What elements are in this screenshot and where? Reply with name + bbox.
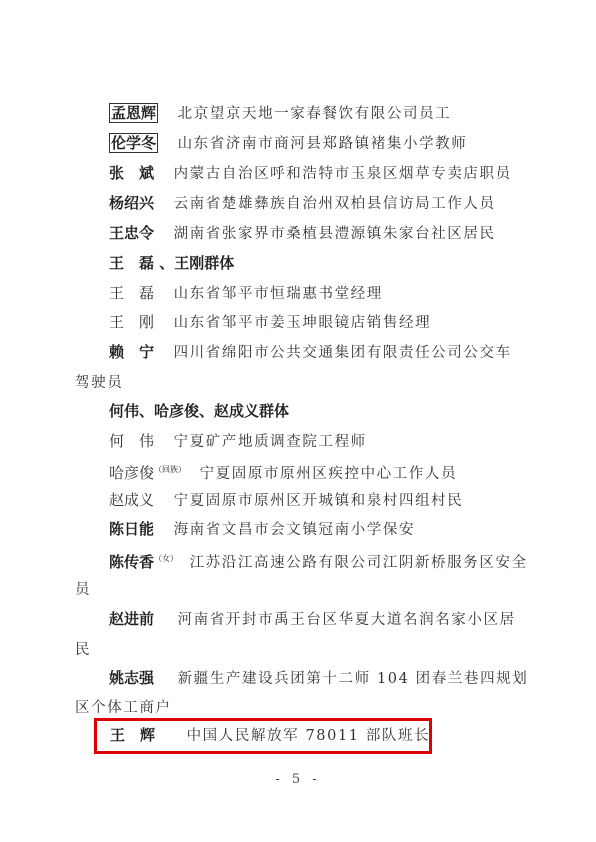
entry: 杨绍兴 云南省楚雄彝族自治州双柏县信访局工作人员 <box>109 193 496 214</box>
group-title: 王 磊 、王刚群体 <box>109 254 234 272</box>
entry-name: 何 伟 <box>109 432 154 450</box>
entry: 赖 宁 四川省绵阳市公共交通集团有限责任公司公交车 <box>109 342 512 363</box>
entry: 王 刚 山东省邹平市姜玉坤眼镜店销售经理 <box>109 312 431 333</box>
entry: 哈彦俊（回族） 宁夏固原市原州区疾控中心工作人员 <box>109 460 457 484</box>
entry-name: 张 斌 <box>109 164 154 182</box>
entry-continuation: 员 <box>75 579 91 600</box>
entry-desc: 云南省楚雄彝族自治州双柏县信访局工作人员 <box>174 196 496 212</box>
entry-desc: 中国人民解放军 78011 部队班长 <box>187 728 431 744</box>
entry-desc: 四川省绵阳市公共交通集团有限责任公司公交车 <box>174 345 512 361</box>
entry-name: 姚志强 <box>109 669 154 687</box>
entry: 何 伟 宁夏矿产地质调查院工程师 <box>109 431 367 452</box>
group-heading: 王 磊 、王刚群体 <box>109 253 234 273</box>
entry-desc: 内蒙古自治区呼和浩特市玉泉区烟草专卖店职员 <box>174 166 512 182</box>
ethnicity-note: （回族） <box>154 465 186 474</box>
entry-desc-continuation: 驾驶员 <box>75 375 123 391</box>
entry-desc-continuation: 员 <box>75 582 91 598</box>
entry-highlighted: 王 辉 中国人民解放军 78011 部队班长 <box>110 725 430 746</box>
entry-desc: 宁夏矿产地质调查院工程师 <box>174 434 367 450</box>
entry-desc: 北京望京天地一家春餐饮有限公司员工 <box>178 106 452 122</box>
entry-desc: 新疆生产建设兵团第十二师 104 团春兰巷四规划 <box>178 671 529 687</box>
entry-desc-continuation: 区个体工商户 <box>75 700 172 716</box>
entry-desc: 海南省文昌市会文镇冠南小学保安 <box>174 522 416 538</box>
entry: 伦学冬 山东省济南市商河县郑路镇褚集小学教师 <box>109 133 467 154</box>
entry-desc: 河南省开封市禹王台区华夏大道名润名家小区居 <box>178 612 516 628</box>
entry: 张 斌 内蒙古自治区呼和浩特市玉泉区烟草专卖店职员 <box>109 163 512 184</box>
entry: 姚志强 新疆生产建设兵团第十二师 104 团春兰巷四规划 <box>109 668 528 689</box>
entry-name: 赵成义 <box>109 491 154 509</box>
group-title: 何伟、哈彦俊、赵成义群体 <box>109 402 289 420</box>
entry: 陈日能 海南省文昌市会文镇冠南小学保安 <box>109 519 415 540</box>
entry-desc-continuation: 民 <box>75 642 91 658</box>
entry-continuation: 驾驶员 <box>75 372 123 393</box>
entry: 孟恩辉 北京望京天地一家春餐饮有限公司员工 <box>109 103 451 124</box>
entry-name: 王忠令 <box>109 224 154 242</box>
entry-name: 王 辉 <box>110 726 155 744</box>
entry-name: 杨绍兴 <box>109 194 154 212</box>
entry: 赵进前 河南省开封市禹王台区华夏大道名润名家小区居 <box>109 609 516 630</box>
entry-name: 王 刚 <box>109 313 154 331</box>
entry-desc: 山东省济南市商河县郑路镇褚集小学教师 <box>178 136 468 152</box>
entry-desc: 山东省邹平市姜玉坤眼镜店销售经理 <box>174 315 432 331</box>
entry: 王忠令 湖南省张家界市桑植县澧源镇朱家台社区居民 <box>109 223 496 244</box>
entry-desc: 江苏沿江高速公路有限公司江阴新桥服务区安全 <box>190 555 528 571</box>
entry-name: 哈彦俊 <box>109 464 154 482</box>
entry-name: 赵进前 <box>109 610 154 628</box>
entry: 王 磊 山东省邹平市恒瑞惠书堂经理 <box>109 283 383 304</box>
entry-desc: 宁夏固原市原州区开城镇和泉村四组村民 <box>174 493 464 509</box>
entry-name: 陈传香 <box>109 553 154 571</box>
entry-continuation: 民 <box>75 639 91 660</box>
entry-desc: 宁夏固原市原州区疾控中心工作人员 <box>200 466 458 482</box>
entry-continuation: 区个体工商户 <box>75 697 172 718</box>
entry-name: 陈日能 <box>109 520 154 538</box>
entry-name: 孟恩辉 <box>109 103 158 123</box>
page-number: - 5 - <box>0 772 596 787</box>
entry-name: 赖 宁 <box>109 343 154 361</box>
entry: 赵成义 宁夏固原市原州区开城镇和泉村四组村民 <box>109 490 463 511</box>
group-heading: 何伟、哈彦俊、赵成义群体 <box>109 401 289 421</box>
gender-note: （女） <box>154 554 178 563</box>
entry-name: 伦学冬 <box>109 133 158 153</box>
entry-name: 王 磊 <box>109 284 154 302</box>
entry: 陈传香（女） 江苏沿江高速公路有限公司江阴新桥服务区安全 <box>109 549 528 573</box>
entry-desc: 山东省邹平市恒瑞惠书堂经理 <box>174 286 383 302</box>
entry-desc: 湖南省张家界市桑植县澧源镇朱家台社区居民 <box>174 226 496 242</box>
